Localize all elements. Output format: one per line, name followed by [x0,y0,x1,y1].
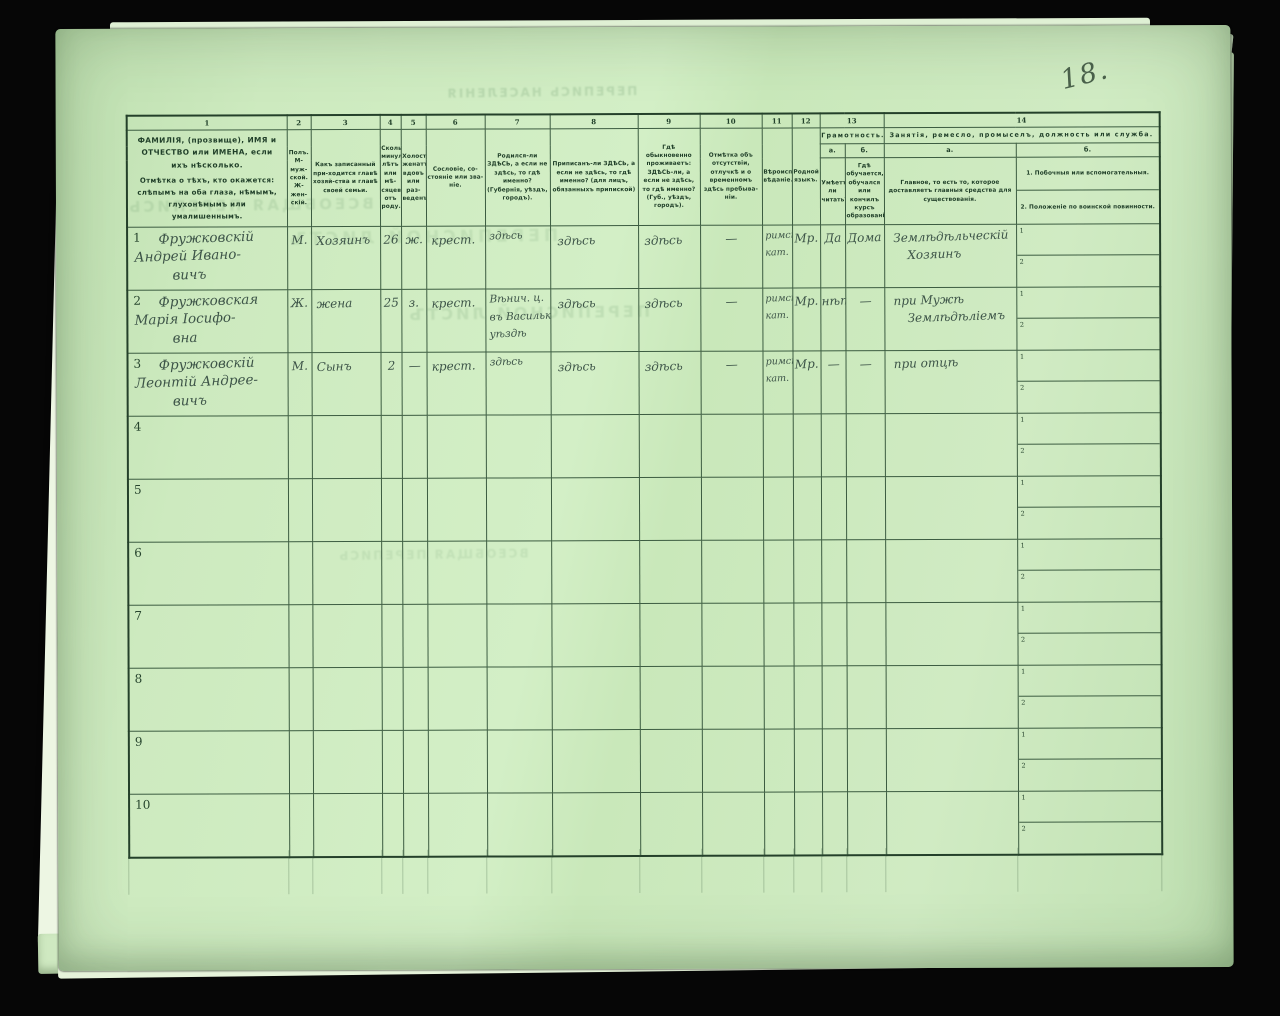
sub-cell-label-1: 1 [1020,479,1024,487]
entry-estate [432,673,486,675]
cell-age [382,794,403,858]
cell-birthplace: здѣсь [485,226,550,289]
cell-religion [764,729,794,792]
entry-occupation-1 [894,669,1017,673]
rule-continuation-line [551,849,552,893]
entry-birthplace-3 [489,418,550,420]
cell-absence [702,667,764,730]
table-row: 10 1 [129,791,1162,858]
side-occupation-2: 2 [1017,382,1160,413]
cell-absence [701,541,763,604]
cell-age: 26 [380,227,401,290]
row-number: 4 [134,420,142,434]
entry-occupation-2 [908,669,1017,672]
cell-name: 8 [129,668,289,732]
side-occupation-1: 1 [1018,603,1161,634]
entry-residence [645,674,701,676]
cell-name: 3 Фружковскій Леонтій Андрее- вичъ [127,353,287,417]
entry-occupation-1: Землѣдѣльческій [893,228,1016,247]
cell-estate [427,541,486,604]
entry-religion-1: римск. [765,293,792,306]
cell-occupation: при отцѣ [884,351,1016,414]
row-number: 10 [135,798,150,812]
col-header-language: Родной языкъ. [792,128,820,226]
entry-registered [559,799,640,802]
sub-cell-label-1: 1 [1021,668,1025,676]
entry-name-line2 [136,668,288,673]
entry-religion-2: кат. [765,310,792,323]
entry-registered [558,673,639,676]
sub-cell-label-1: 1 [1020,416,1024,424]
entry-name-line2: Леонтій Андрее- [135,371,288,393]
cell-estate: крест. [426,289,485,352]
row-number: 8 [135,672,143,686]
entry-registered [558,547,639,550]
entry-name-line1 [160,669,288,673]
cell-marital: — [401,353,426,416]
col-header-estate: Сословіе, со-стояніе или зва-ніе. [426,129,485,227]
col-header-name: ФАМИЛІЯ, (прозвище), ИМЯ и ОТЧЕСТВО или … [127,130,287,228]
table-row: 8 1 [129,665,1162,732]
cell-age [381,605,402,668]
cell-registered [551,604,639,667]
col-num-11: 11 [762,113,792,128]
entry-birthplace-2 [490,733,551,735]
entry-side-1 [1018,539,1160,540]
cell-side-occupation: 1 2 [1018,665,1162,729]
cell-name: 1 Фружковскій Андрей Ивано- вичъ [127,227,287,291]
entry-registered [557,484,638,487]
cell-registered [552,667,640,730]
col-header-relation: Какъ записанный при-ходится главѣ хозяй-… [311,129,380,227]
cell-language [794,792,822,856]
entry-birthplace-2 [489,418,550,420]
entry-religion-1 [765,482,792,483]
entry-literacy: — [827,357,840,372]
entry-birthplace-1 [490,607,551,609]
cell-estate [428,667,487,730]
side-occupation-1: 1 [1018,666,1161,697]
rule-continuation-line [128,851,129,895]
col-header-birthplace: Родился-ли ЗДѢСЬ, а если не здѣсь, то гд… [485,129,550,227]
col-header-marital: Холостъ, женатъ, вдовъ или раз-веденъ. [401,129,426,227]
entry-side-1 [1017,287,1159,288]
cell-religion [763,540,793,603]
cell-age [381,479,402,542]
entry-name-line3: вичъ [172,264,287,284]
entry-side-1 [1017,476,1159,477]
cell-occupation [885,603,1017,666]
header-name-note: Отмѣтка о тѣхъ, кто окажется: слѣпымъ на… [134,176,281,224]
cell-name: 2 Фружковская Марія Іосифо- вна [127,290,287,354]
entry-registered: здѣсь [557,358,638,376]
entry-literacy: нѣтъ [821,293,846,309]
rule-continuation-line [381,850,382,894]
entry-relation: Хозяинъ [316,233,380,250]
side-occupation-2: 2 [1018,508,1161,539]
rule-continuation-line [639,849,640,893]
entry-birthplace-1 [490,544,551,546]
cell-language [793,603,821,666]
entry-name-line3 [174,795,288,799]
table-row: 3 Фружковскій Леонтій Андрее- вичъ М. Сы… [127,350,1160,417]
entry-religion-1 [766,734,793,735]
col-num-5: 5 [401,115,426,130]
entry-side-1 [1018,728,1160,729]
entry-birthplace-2 [490,670,551,672]
entry-religion-1 [766,671,793,672]
entry-residence [644,485,700,487]
cell-age: 25 [380,290,401,353]
cell-occupation [886,729,1018,792]
cell-absence: — [700,226,762,289]
sub-cell-label-2: 2 [1021,699,1025,707]
cell-sex [289,731,313,794]
col-num-2: 2 [287,115,311,130]
cell-relation [313,794,382,858]
cell-estate: крест. [426,352,485,415]
entry-religion-1: римск. [765,230,792,243]
cell-literacy [822,792,847,856]
cell-marital: з. [401,290,426,353]
cell-sex: М. [287,353,311,416]
entry-age: 25 [383,296,399,312]
col-num-10: 10 [700,114,762,129]
entry-birthplace-3 [490,733,551,735]
cell-name: 10 [129,794,289,858]
entry-birthplace-3 [490,670,551,672]
entry-name-line1 [160,732,288,736]
occupation-b-label: б. [1016,143,1160,158]
cell-side-occupation: 1 2 [1018,791,1162,855]
cell-birthplace [486,604,551,667]
entry-religion-1 [767,797,794,798]
row-number: 9 [135,735,143,749]
occupation-b-desc: 1. Побочныя или вспомогательныя. 2. Поло… [1016,157,1160,225]
entry-religion-2 [766,734,793,735]
cell-sex [288,605,312,668]
cell-marital [403,731,428,794]
entry-occupation-1: при отцѣ [893,354,1016,373]
entry-residence [645,611,701,613]
cell-occupation [885,540,1017,603]
entry-birthplace-3 [490,544,551,546]
entry-religion-2 [765,482,792,483]
cell-birthplace [486,541,551,604]
entry-language: Мр. [794,231,818,247]
cell-occupation [885,414,1017,477]
cell-literacy [821,414,846,477]
cell-language [794,729,822,792]
cell-side-occupation: 1 2 [1017,413,1161,477]
entry-estate: крест. [431,295,485,312]
entry-birthplace-1 [490,733,551,735]
entry-side-1 [1019,791,1161,792]
occupation-b2-desc: 2. Положеніе по воинской повинности. [1016,191,1159,224]
side-occupation-1: 1 [1017,225,1160,256]
table-body: 1 Фружковскій Андрей Ивано- вичъ М. Хозя… [127,224,1162,858]
rule-continuation-line [312,850,313,894]
sub-cell-label-1: 1 [1020,227,1024,235]
cell-language: Мр. [792,351,820,414]
entry-religion-2 [766,671,793,672]
side-occupation-2: 2 [1018,760,1161,791]
entry-residence [645,548,701,550]
cell-absence: — [700,352,762,415]
entry-occupation-2: Хозяинъ [907,245,1016,263]
table-row: 5 1 [128,476,1161,543]
entry-religion-2 [766,545,793,546]
cell-residence [640,667,702,730]
entry-relation [317,737,381,739]
bleed-through-text: ПЕРЕПИСЬ НАСЕЛЕНІЯ [445,84,637,101]
cell-birthplace: Вѣнич. ц. въ Васильк. уѣздѣ [485,289,550,352]
cell-side-occupation: 1 2 [1016,350,1160,414]
cell-occupation: Землѣдѣльческій Хозяинъ [884,225,1016,288]
entry-estate [433,799,487,801]
entry-name-line3: вна [172,327,287,347]
occupation-b1-desc: 1. Побочныя или вспомогательныя. [1016,158,1159,191]
side-occupation-1: 1 [1018,729,1161,760]
entry-birthplace-2 [491,796,552,798]
cell-age [382,731,403,794]
rule-continuation-line [427,850,428,894]
cell-language: Мр. [792,225,820,288]
entry-relation: Сынъ [316,359,380,376]
cell-religion [763,477,793,540]
entry-relation [317,548,381,550]
rule-continuation-line [846,848,847,892]
cell-name: 4 [128,416,288,480]
cell-marital [402,479,427,542]
cell-literacy: — [820,351,845,414]
cell-relation: жена [311,290,380,353]
cell-relation [312,542,381,605]
cell-absence [702,730,764,793]
entry-estate [431,421,485,423]
col-header-residence: Гдѣ обыкновенно проживаетъ: ЗДѢСЬ-ли, а … [638,128,700,226]
cell-residence [640,793,702,857]
side-occupation-1: 1 [1017,351,1160,382]
cell-religion: римск. кат. [762,288,792,351]
entry-name-line2: Андрей Ивано- [134,245,287,267]
entry-occupation-2 [909,795,1018,798]
entry-estate: крест. [431,232,485,249]
entry-occupation-1 [894,732,1017,736]
cell-birthplace [487,793,552,857]
entry-occupation-1 [893,417,1016,421]
cell-side-occupation: 1 2 [1018,728,1162,792]
cell-sex: М. [287,227,311,290]
entry-religion-2 [766,608,793,609]
cell-occupation [885,477,1017,540]
entry-side-1 [1017,413,1159,414]
cell-side-occupation: 1 2 [1016,224,1160,288]
table-row: 7 1 [128,602,1161,669]
entry-birthplace-3 [491,796,552,798]
entry-age: 2 [387,359,395,374]
cell-absence: — [700,289,762,352]
entry-education: — [859,357,872,372]
cell-birthplace [486,478,551,541]
col-header-registered: Приписанъ-ли ЗДѢСЬ, а если не здѣсь, то … [550,129,638,227]
entry-sex: Ж. [291,296,309,312]
entry-religion-2 [767,797,794,798]
entry-occupation-1 [893,480,1016,484]
entry-relation [317,611,381,613]
entry-language: Мр. [795,357,819,373]
cell-registered [551,415,639,478]
entry-residence: здѣсь [644,296,700,313]
cell-absence [702,793,764,857]
entry-birthplace-1: здѣсь [489,355,550,370]
col-num-3: 3 [311,115,380,130]
entry-occupation-1 [894,606,1017,610]
entry-religion-1 [765,419,792,420]
side-occupation-2: 2 [1019,823,1162,854]
literacy-a-label: а. [820,144,845,159]
entry-marital: — [408,359,421,374]
side-occupation-2: 2 [1017,319,1160,350]
cell-literacy [822,729,847,792]
sub-cell-label-2: 2 [1020,258,1024,266]
entry-birthplace-1 [490,670,551,672]
entry-occupation-2: Землѣдѣліемъ [907,308,1016,326]
col-num-13: 13 [820,113,884,128]
cell-side-occupation: 1 2 [1017,539,1161,603]
cell-age [381,542,402,605]
cell-education: — [845,351,884,414]
entry-relation [318,800,382,802]
row-number: 7 [134,609,142,623]
cell-residence: здѣсь [638,289,700,352]
cell-literacy [822,666,847,729]
rule-continuation-line [821,848,822,892]
entry-birthplace-1 [491,796,552,798]
cell-birthplace [486,415,551,478]
table-row: 1 Фружковскій Андрей Ивано- вичъ М. Хозя… [127,224,1160,291]
entry-birthplace-1: здѣсь [489,229,550,244]
cell-literacy [821,477,846,540]
col-num-8: 8 [550,114,638,129]
cell-sex [288,542,312,605]
entry-absence: — [726,358,739,373]
col-num-9: 9 [638,114,700,129]
rule-continuation-line [486,850,487,894]
col-header-sex: Полъ. М-муж-ской. Ж-жен-скій. [287,130,311,228]
cell-registered: здѣсь [550,226,638,289]
entry-name-line2 [136,794,288,799]
cell-religion [763,414,793,477]
census-ledger-spread: ПЕРЕПИСЬ НАСЕЛЕНІЯ ВСЕОБЩАЯ ПЕРЕПИСЬ ПЕР… [55,25,1233,971]
cell-estate [427,478,486,541]
col-num-14: 14 [884,112,1160,127]
entry-occupation-2 [908,732,1017,735]
cell-sex [289,668,313,731]
entry-name-line1 [159,417,287,421]
col-header-religion: Вѣроиспо-вѣданіе. [762,128,792,226]
rule-continuation-line [402,850,403,894]
entry-occupation-1 [895,795,1018,799]
col-num-1: 1 [127,115,287,130]
entry-occupation-1: при Мужѣ [893,291,1016,310]
entry-occupation-2 [907,417,1016,420]
sub-cell-label-2: 2 [1022,825,1026,833]
entry-side-1 [1017,224,1159,225]
col-num-12: 12 [792,113,820,128]
entry-birthplace-2 [489,372,550,374]
cell-language [794,666,822,729]
cell-registered [551,478,639,541]
entry-occupation-2 [907,480,1016,483]
rule-continuation-line [288,850,289,894]
sub-cell-label-1: 1 [1021,542,1025,550]
entry-marital: ж. [405,233,423,249]
entry-occupation-2 [907,371,1016,374]
table-row: 6 1 [128,539,1161,606]
cell-residence [639,604,701,667]
entry-birthplace-3 [489,481,550,483]
entry-name-line2 [135,479,287,484]
entry-birthplace-3 [489,372,550,374]
entry-occupation-2 [908,543,1017,546]
entry-side-1 [1017,350,1159,351]
entry-estate [432,610,486,612]
entry-religion-1 [766,608,793,609]
cell-registered [552,730,640,793]
rule-continuation-line [793,848,794,892]
sub-cell-label-1: 1 [1020,353,1024,361]
sub-cell-label-2: 2 [1021,636,1025,644]
cell-literacy: нѣтъ [820,288,845,351]
entry-absence: — [725,232,738,247]
table-row: 2 Фружковская Марія Іосифо- вна Ж. жена … [127,287,1160,354]
photo-background: ПЕРЕПИСЬ НАСЕЛЕНІЯ ВСЕОБЩАЯ ПЕРЕПИСЬ ПЕР… [0,0,1280,1016]
entry-name-line3 [174,732,288,736]
cell-relation [312,479,381,542]
cell-registered [551,541,639,604]
entry-birthplace-3 [489,246,550,248]
entry-residence [646,800,702,802]
entry-birthplace-2 [489,246,550,248]
literacy-b-desc: Гдѣ обучается, обучался или кончилъ курс… [845,158,884,225]
entry-birthplace-3: уѣздѣ [489,326,550,341]
entry-name-line1 [159,543,287,547]
entry-residence [644,422,700,424]
side-occupation-1: 1 [1019,792,1162,823]
sub-cell-label-2: 2 [1020,321,1024,329]
entry-birthplace-2 [489,481,550,483]
cell-side-occupation: 1 2 [1016,287,1160,351]
sub-cell-label-1: 1 [1021,731,1025,739]
entry-name-line1 [159,480,287,484]
cell-residence [639,541,701,604]
entry-birthplace-2: въ Васильк. [489,309,550,324]
cell-occupation [886,666,1018,729]
entry-literacy: Да [824,231,841,247]
sub-cell-label-2: 2 [1021,762,1025,770]
cell-residence [639,415,701,478]
entry-birthplace-2 [490,544,551,546]
col-num-7: 7 [485,114,550,129]
cell-registered: здѣсь [550,289,638,352]
entry-name-line2 [135,605,287,610]
cell-sex [288,479,312,542]
cell-marital [403,794,428,858]
cell-religion [763,603,793,666]
cell-education: Дома [845,225,884,288]
cell-registered: здѣсь [550,352,638,415]
